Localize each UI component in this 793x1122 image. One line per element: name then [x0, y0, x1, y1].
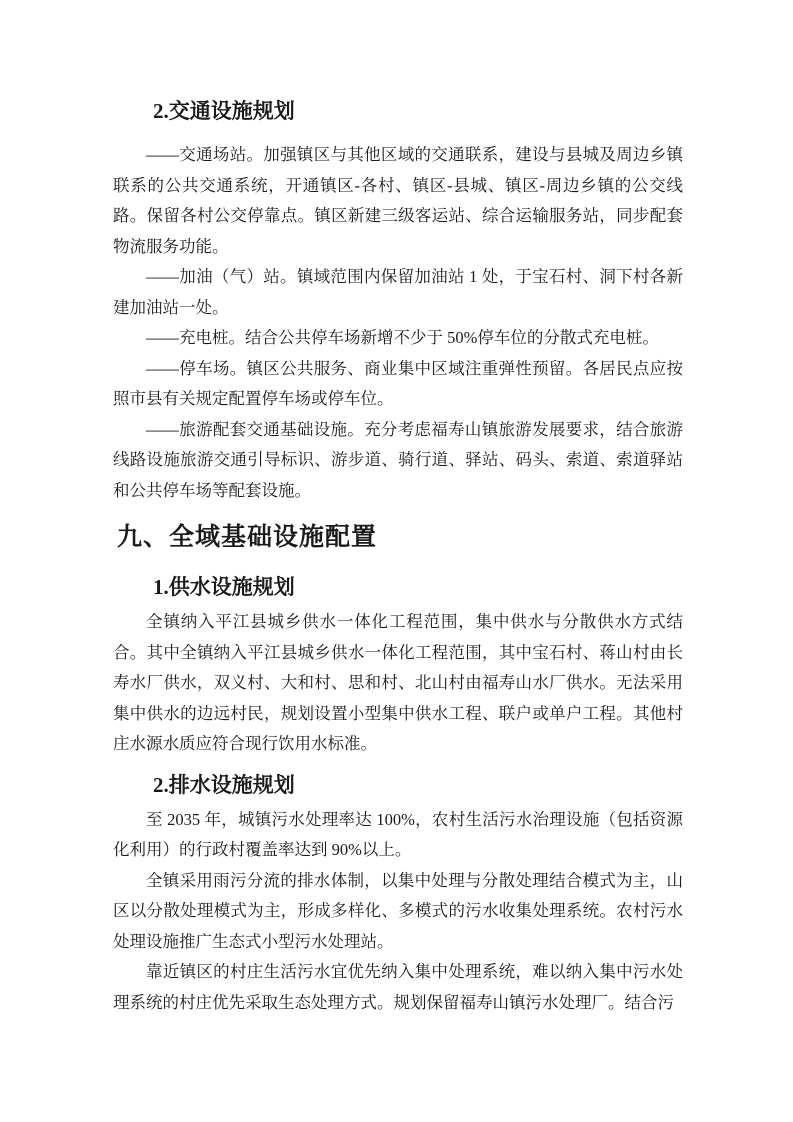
para-drainage-system: 全镇采用雨污分流的排水体制，以集中处理与分散处理结合模式为主，山区以分散处理模式…: [113, 866, 683, 958]
para-traffic-stations: ——交通场站。加强镇区与其他区域的交通联系，建设与县城及周边乡镇联系的公共交通系…: [113, 140, 683, 262]
heading-water-supply-plan: 1.供水设施规划: [113, 572, 683, 602]
heading-drainage-facilities-plan: 2.排水设施规划: [113, 770, 683, 800]
para-gas-stations: ——加油（气）站。镇域范围内保留加油站 1 处，于宝石村、洞下村各新建加油站一处…: [113, 262, 683, 323]
para-tourism-traffic-infrastructure: ——旅游配套交通基础设施。充分考虑福寿山镇旅游发展要求，结合旅游线路设施旅游交通…: [113, 415, 683, 507]
para-parking-lots: ——停车场。镇区公共服务、商业集中区域注重弹性预留。各居民点应按照市县有关规定配…: [113, 354, 683, 415]
para-water-supply: 全镇纳入平江县城乡供水一体化工程范围，集中供水与分散供水方式结合。其中全镇纳入平…: [113, 607, 683, 760]
heading-traffic-facilities-plan: 2.交通设施规划: [113, 96, 683, 126]
document-page: 2.交通设施规划 ——交通场站。加强镇区与其他区域的交通联系，建设与县城及周边乡…: [0, 0, 793, 1122]
para-drainage-villages: 靠近镇区的村庄生活污水宜优先纳入集中处理系统，难以纳入集中污水处理系统的村庄优先…: [113, 957, 683, 1018]
para-charging-piles: ——充电桩。结合公共停车场新增不少于 50%停车位的分散式充电桩。: [113, 323, 683, 354]
para-drainage-target: 至 2035 年，城镇污水处理率达 100%，农村生活污水治理设施（包括资源化利…: [113, 805, 683, 866]
heading-chapter-nine-infrastructure: 九、全域基础设施配置: [113, 519, 683, 557]
